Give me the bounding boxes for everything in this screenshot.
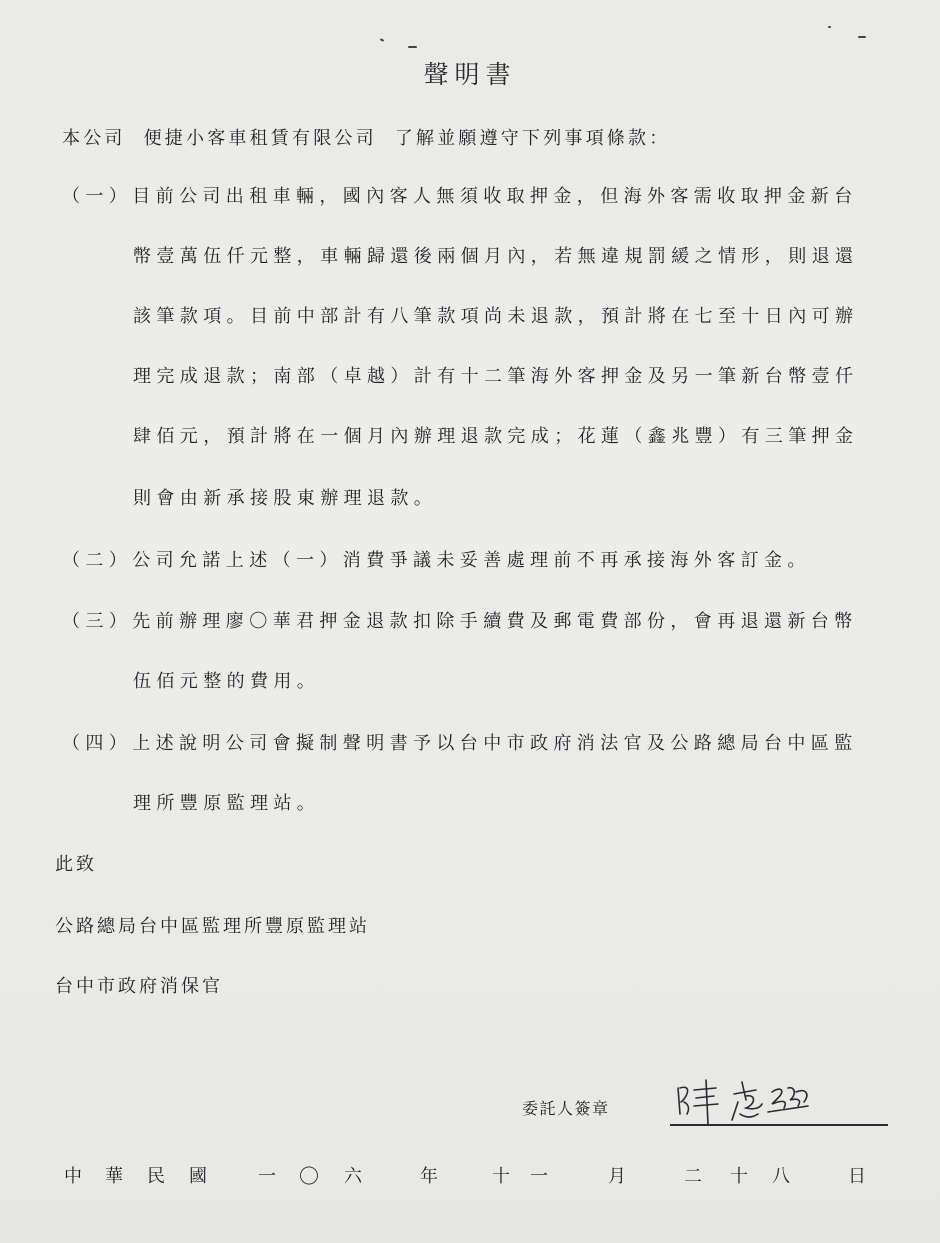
item-1-line-5: 肆佰元，預計將在一個月內辦理退款完成；花蓮（鑫兆豐）有三筆押金 (133, 422, 858, 448)
item-3-label: （三） (62, 607, 132, 633)
handwritten-signature (672, 1074, 872, 1126)
closing-phrase: 此致 (55, 850, 97, 876)
item-1-line-1: （一）目前公司出租車輛，國內客人無須收取押金，但海外客需收取押金新台 (62, 182, 858, 208)
date-year-unit: 年 (420, 1162, 438, 1188)
signature-block: 委託人簽章 (522, 1090, 872, 1130)
date-day-1: 二 (684, 1162, 702, 1188)
item-3-line-2: 伍佰元整的費用。 (133, 667, 320, 693)
item-1-line-4: 理完成退款；南部（卓越）計有十二筆海外客押金及另一筆新台幣壹仟 (133, 362, 858, 388)
recipient-1: 公路總局台中區監理所豐原監理站 (55, 912, 370, 938)
item-2-label: （二） (62, 546, 132, 572)
recipient-2: 台中市政府消保官 (55, 972, 223, 998)
company-name: 便捷小客車租賃有限公司 (144, 128, 377, 149)
item-1-line-6: 則會由新承接股東辦理退款。 (133, 484, 437, 510)
item-2-line-1: （二）公司允諾上述（一）消費爭議未妥善處理前不再承接海外客訂金。 (62, 546, 811, 572)
date-era-4: 國 (189, 1162, 207, 1188)
item-1-line-2: 幣壹萬伍仟元整，車輛歸還後兩個月內，若無違規罰緩之情形，則退還 (133, 242, 858, 268)
item-4-line-2: 理所豐原監理站。 (133, 789, 320, 815)
date-day-2: 十 (730, 1162, 748, 1188)
date-year-3: 六 (344, 1162, 362, 1188)
item-1-line-3: 該筆款項。目前中部計有八筆款項尚未退款，預計將在七至十日內可辦 (133, 302, 858, 328)
date-day-unit: 日 (848, 1162, 866, 1188)
date-month-1: 十 (492, 1162, 510, 1188)
intro-prefix: 本公司 (62, 128, 126, 149)
item-1-text: 目前公司出租車輛，國內客人無須收取押金，但海外客需收取押金新台 (132, 186, 857, 207)
item-3-line-1: （三）先前辦理廖〇華君押金退款扣除手續費及郵電費部份，會再退還新台幣 (62, 607, 858, 633)
date-era-1: 中 (64, 1162, 82, 1188)
item-1-label: （一） (62, 182, 132, 208)
date-month-unit: 月 (608, 1162, 626, 1188)
date-row: 中 華 民 國 一 〇 六 年 十 一 月 二 十 八 日 (0, 1162, 940, 1192)
date-era-2: 華 (105, 1162, 123, 1188)
signature-line (670, 1124, 888, 1126)
statement-page: 聲明書 本公司便捷小客車租賃有限公司了解並願遵守下列事項條款： （一）目前公司出… (0, 0, 940, 1243)
item-4-label: （四） (62, 729, 132, 755)
date-day-3: 八 (772, 1162, 790, 1188)
date-era-3: 民 (147, 1162, 165, 1188)
date-year-1: 一 (258, 1162, 276, 1188)
item-2-text: 公司允諾上述（一）消費爭議未妥善處理前不再承接海外客訂金。 (132, 550, 811, 571)
item-3-text: 先前辦理廖〇華君押金退款扣除手續費及郵電費部份，會再退還新台幣 (132, 611, 857, 632)
signature-label: 委託人簽章 (522, 1096, 610, 1119)
item-4-line-1: （四）上述說明公司會擬制聲明書予以台中市政府消法官及公路總局台中區監 (62, 729, 858, 755)
date-month-2: 一 (530, 1162, 548, 1188)
date-year-2: 〇 (299, 1160, 319, 1189)
intro-statement: 本公司便捷小客車租賃有限公司了解並願遵守下列事項條款： (62, 124, 670, 150)
item-4-text: 上述說明公司會擬制聲明書予以台中市政府消法官及公路總局台中區監 (132, 733, 857, 754)
intro-suffix: 了解並願遵守下列事項條款： (395, 128, 671, 149)
document-title: 聲明書 (0, 55, 940, 91)
